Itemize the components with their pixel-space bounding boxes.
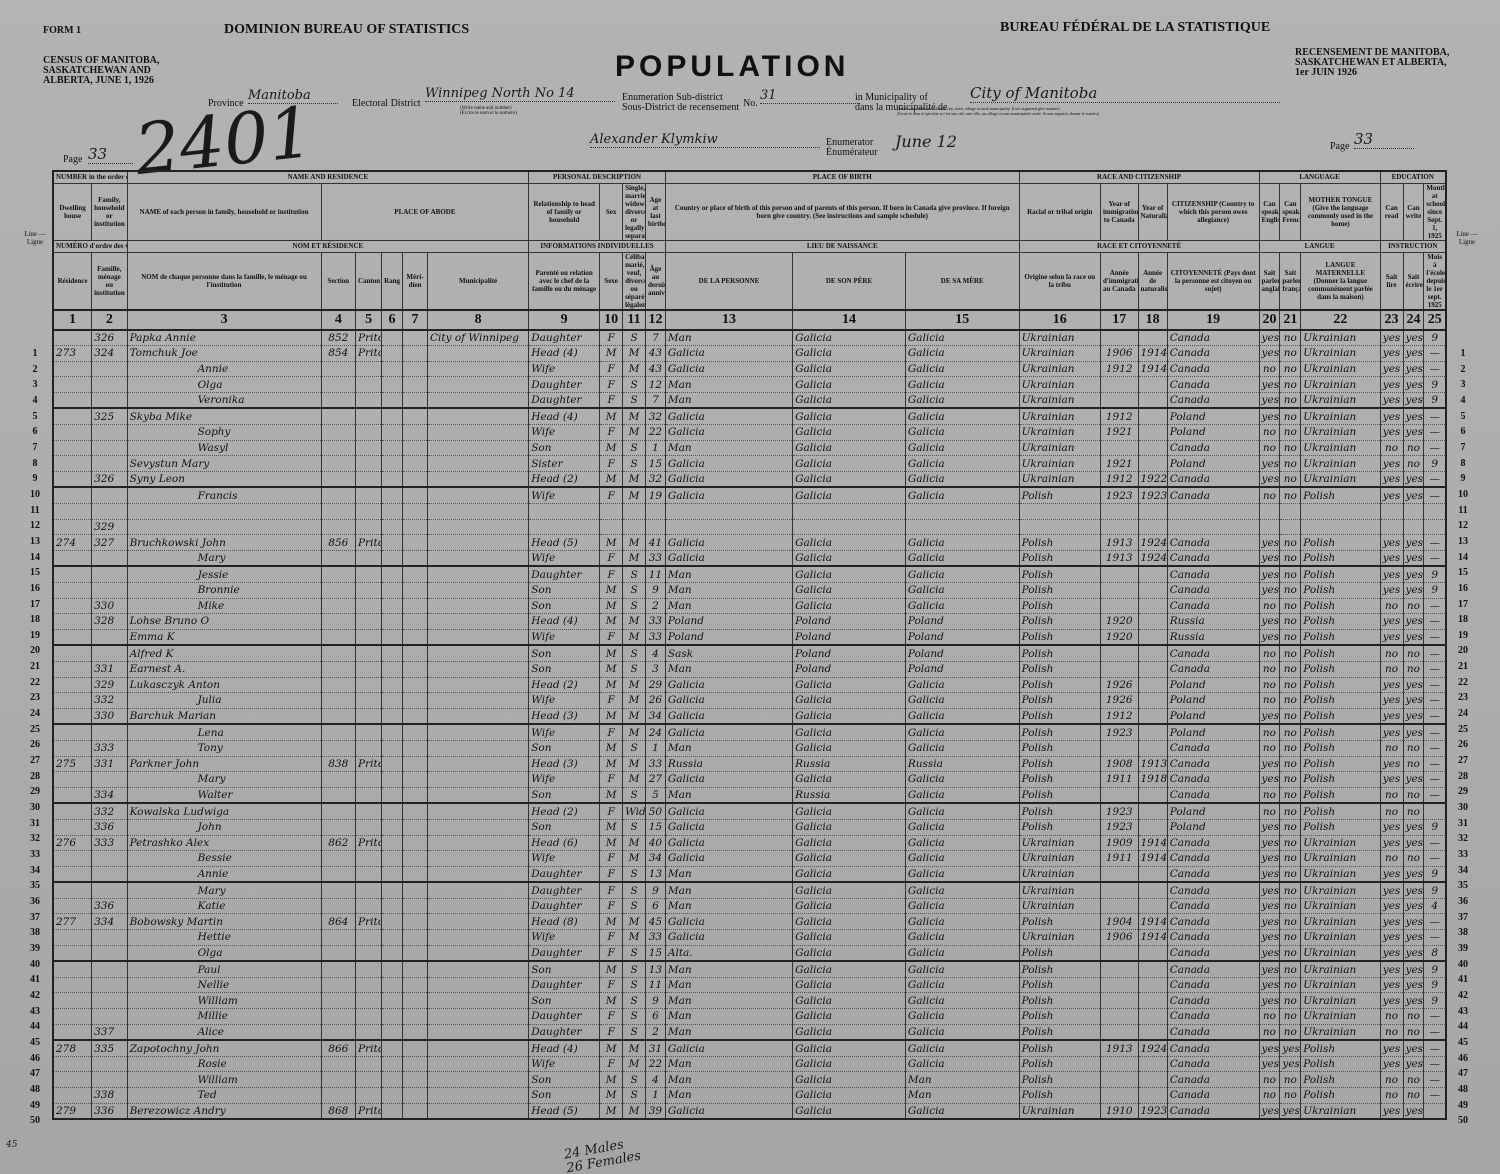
birthplace-person: Galicia [665,361,792,377]
mother-tongue: Ukrainian [1301,1024,1380,1040]
section-cell [321,408,355,424]
marital-status-cell: M [623,756,646,772]
sex-cell: M [600,835,623,851]
line-number: 12 [1448,518,1478,534]
speaks-english: no [1259,361,1280,377]
meridian-cell [402,1072,427,1088]
immigration-year: 1906 [1100,346,1138,362]
person-name: William [127,993,321,1009]
naturalization-year [1138,898,1167,914]
relationship-cell: Daughter [529,566,600,582]
speaks-english: yes [1259,1103,1280,1119]
birthplace-mother: Galicia [905,361,1019,377]
municipality-cell [428,1088,529,1104]
municipality-cell [428,993,529,1009]
mother-tongue [1301,519,1380,535]
can-write: yes [1403,693,1424,709]
family-number: 327 [92,535,127,551]
table-row: Emma KWifeFM33PolandPolandPolandPolish19… [53,629,1446,645]
racial-origin-cell: Polish [1019,724,1100,740]
marital-status-cell: M [623,677,646,693]
township-cell [356,866,382,882]
can-write [1403,504,1424,520]
age-cell: 1 [646,1088,666,1104]
meridian-cell [402,740,427,756]
municipality-cell [428,487,529,503]
meridian-cell [402,977,427,993]
section-cell [321,819,355,835]
sex-cell: M [600,993,623,1009]
birthplace-father: Poland [793,661,906,677]
birthplace-father: Galicia [793,1040,906,1056]
naturalization-year [1138,1088,1167,1104]
line-number: 5 [1448,409,1478,425]
birthplace-father: Galicia [793,819,906,835]
immigration-year [1100,1056,1138,1072]
col-header-fr: DE SON PÈRE [793,252,906,310]
birthplace-person: Galicia [665,772,792,788]
speaks-english: yes [1259,835,1280,851]
col-number: 16 [1019,310,1100,330]
subdistrict-label: Enumeration Sub-district Sous-District d… [622,93,739,113]
family-number [92,1009,127,1025]
can-read: no [1380,598,1403,614]
naturalization-year [1138,645,1167,661]
section-cell [321,945,355,961]
table-row: 332JuliaWifeFM26GaliciaGaliciaGaliciaPol… [53,693,1446,709]
citizenship-cell: Poland [1167,803,1259,819]
racial-origin-cell [1019,504,1100,520]
dwelling-number [53,661,92,677]
section-cell [321,392,355,408]
citizenship-cell: Canada [1167,993,1259,1009]
mother-tongue: Polish [1301,598,1380,614]
speaks-english: no [1259,1088,1280,1104]
line-number: 37 [20,910,50,926]
immigration-year: 1904 [1100,914,1138,930]
subdistrict-number-field[interactable]: 31 [760,88,860,104]
birthplace-mother: Galicia [905,977,1019,993]
birthplace-mother: Galicia [905,346,1019,362]
range-cell [382,740,403,756]
line-number: 4 [1448,393,1478,409]
citizenship-cell: Canada [1167,392,1259,408]
naturalization-year [1138,1072,1167,1088]
municipality-cell [428,803,529,819]
speaks-french: no [1280,1088,1301,1104]
naturalization-year [1138,629,1167,645]
can-read: yes [1380,361,1403,377]
school-months: 9 [1424,961,1446,977]
can-read: no [1380,740,1403,756]
municipality-cell [428,504,529,520]
birthplace-father: Galicia [793,898,906,914]
marital-status-cell: M [623,487,646,503]
marital-status-cell: S [623,1024,646,1040]
birthplace-person: Man [665,1009,792,1025]
meridian-cell [402,866,427,882]
col-header-fr: Année d'immigration au Canada [1100,252,1138,310]
relationship-cell: Son [529,993,600,1009]
margin-note: 45 [6,1140,17,1150]
mother-tongue: Polish [1301,535,1380,551]
group-language-fr: LANGUE [1259,240,1380,252]
census-page: FORM 1 DOMINION BUREAU OF STATISTICS BUR… [0,0,1500,1174]
relationship-cell: Wife [529,724,600,740]
speaks-french: no [1280,566,1301,582]
range-cell [382,440,403,456]
municipality-cell [428,819,529,835]
township-cell [356,930,382,946]
meridian-cell [402,330,427,346]
group-number: NUMBER in the order of visitation [53,171,127,183]
birthplace-mother: Galicia [905,803,1019,819]
sex-cell: M [600,961,623,977]
mother-tongue: Ukrainian [1301,882,1380,898]
birthplace-person: Galicia [665,914,792,930]
relationship-cell: Head (2) [529,677,600,693]
meridian-cell [402,425,427,441]
immigration-year [1100,1009,1138,1025]
range-cell [382,835,403,851]
person-name: Rosie [127,1056,321,1072]
municipality-cell [428,914,529,930]
racial-origin-cell: Polish [1019,645,1100,661]
school-months: — [1424,629,1446,645]
immigration-year: 1909 [1100,835,1138,851]
citizenship-cell: Poland [1167,708,1259,724]
age-cell: 27 [646,772,666,788]
range-cell [382,882,403,898]
table-row: 274327Bruchkowski John856Pritchard AveHe… [53,535,1446,551]
section-cell [321,898,355,914]
racial-origin-cell: Ukrainian [1019,1103,1100,1119]
electoral-district-hint: (Write name and number) (Écrire le nom e… [460,106,517,116]
can-write: yes [1403,408,1424,424]
col-header-en: CITIZENSHIP (Country to which this perso… [1167,183,1259,240]
can-write: yes [1403,614,1424,630]
racial-origin-cell: Polish [1019,772,1100,788]
township-cell [356,456,382,472]
immigration-year [1100,961,1138,977]
dwelling-number [53,977,92,993]
dwelling-number [53,614,92,630]
range-cell [382,614,403,630]
group-race-fr: RACE ET CITOYENNETÉ [1019,240,1259,252]
marital-status-cell: M [623,346,646,362]
relationship-cell: Wife [529,851,600,867]
municipality-cell [428,456,529,472]
marital-status-cell: S [623,1088,646,1104]
relationship-cell: Head (8) [529,914,600,930]
line-number: 18 [1448,612,1478,628]
relationship-cell: Son [529,583,600,599]
dwelling-number [53,456,92,472]
citizenship-cell: Canada [1167,1009,1259,1025]
can-write: no [1403,456,1424,472]
family-number: 325 [92,408,127,424]
mother-tongue: Polish [1301,645,1380,661]
column-numbers-row: 1 2 3 4 5 6 7 8 9 10 11 12 13 14 15 16 1… [53,310,1446,330]
can-read: yes [1380,677,1403,693]
line-number: 18 [20,612,50,628]
township-cell [356,661,382,677]
marital-status-cell: M [623,471,646,487]
birthplace-father: Galicia [793,803,906,819]
family-number: 326 [92,330,127,346]
municipality-field[interactable]: City of Manitoba [970,84,1280,103]
range-cell [382,535,403,551]
citizenship-cell: Canada [1167,346,1259,362]
col-header-fr: Âge au dernier anniversaire [646,252,666,310]
section-cell: 838 [321,756,355,772]
relationship-cell: Daughter [529,898,600,914]
speaks-french: no [1280,866,1301,882]
family-number: 336 [92,1103,127,1119]
person-name: William [127,1072,321,1088]
census-title-fr-line: 1er JUIN 1926 [1295,68,1449,78]
mother-tongue: Polish [1301,740,1380,756]
speaks-french: no [1280,803,1301,819]
speaks-french: yes [1280,1056,1301,1072]
immigration-year: 1913 [1100,550,1138,566]
can-write: no [1403,803,1424,819]
range-cell [382,471,403,487]
age-cell: 2 [646,598,666,614]
can-read: yes [1380,566,1403,582]
school-months: 9 [1424,866,1446,882]
col-number: 25 [1424,310,1446,330]
naturalization-year: 1923 [1138,487,1167,503]
dwelling-number [53,629,92,645]
person-name: Bessie [127,851,321,867]
meridian-cell [402,756,427,772]
line-number: 35 [20,878,50,894]
meridian-cell [402,408,427,424]
racial-origin-cell: Polish [1019,583,1100,599]
dwelling-number [53,583,92,599]
township-cell [356,425,382,441]
municipality-cell [428,1103,529,1119]
meridian-cell [402,566,427,582]
line-number: 16 [1448,581,1478,597]
township-cell [356,583,382,599]
line-number: 20 [20,643,50,659]
table-row: MaryWifeFM33GaliciaGaliciaGaliciaPolish1… [53,550,1446,566]
mother-tongue: Polish [1301,1088,1380,1104]
can-read: yes [1380,724,1403,740]
range-cell [382,1103,403,1119]
line-number: 28 [20,769,50,785]
immigration-year [1100,1088,1138,1104]
can-read: yes [1380,914,1403,930]
col-header-en: Can speak French [1280,183,1301,240]
birthplace-mother [905,504,1019,520]
immigration-year: 1920 [1100,629,1138,645]
col-header-fr: DE SA MÈRE [905,252,1019,310]
dwelling-number [53,392,92,408]
line-number: 36 [1448,894,1478,910]
municipality-cell [428,930,529,946]
mother-tongue: Polish [1301,693,1380,709]
census-rows: 326Papka Annie852PritchardCity of Winnip… [53,330,1446,1120]
relationship-cell: Wife [529,930,600,946]
age-cell [646,519,666,535]
enumerator-name-field[interactable]: Alexander Klymkiw [590,132,820,148]
racial-origin-cell: Polish [1019,535,1100,551]
naturalization-year: 1924 [1138,535,1167,551]
birthplace-person: Poland [665,629,792,645]
line-number: 39 [20,941,50,957]
person-name: Lohse Bruno O [127,614,321,630]
township-cell [356,392,382,408]
citizenship-cell: Canada [1167,977,1259,993]
line-number: 32 [1448,831,1478,847]
speaks-french: no [1280,392,1301,408]
speaks-french: no [1280,930,1301,946]
school-months: — [1424,487,1446,503]
naturalization-year [1138,1056,1167,1072]
municipality-cell [428,866,529,882]
person-name: Olga [127,945,321,961]
mother-tongue: Polish [1301,787,1380,803]
can-read: yes [1380,961,1403,977]
school-months: — [1424,914,1446,930]
township-cell [356,772,382,788]
township-cell [356,961,382,977]
racial-origin-cell: Ukrainian [1019,456,1100,472]
family-number [92,1056,127,1072]
meridian-cell [402,945,427,961]
mother-tongue: Polish [1301,583,1380,599]
section-cell [321,614,355,630]
racial-origin-cell: Polish [1019,1088,1100,1104]
age-cell: 11 [646,977,666,993]
can-read: no [1380,1024,1403,1040]
section-cell [321,583,355,599]
marital-status-cell: M [623,835,646,851]
speaks-english: no [1259,740,1280,756]
immigration-year: 1921 [1100,425,1138,441]
range-cell [382,772,403,788]
speaks-french: no [1280,361,1301,377]
relationship-cell: Head (3) [529,708,600,724]
speaks-english: yes [1259,882,1280,898]
col-number: 7 [402,310,427,330]
naturalization-year [1138,677,1167,693]
birthplace-father: Galicia [793,1072,906,1088]
table-row: 277334Bobowsky Martin864Pritchard AveHea… [53,914,1446,930]
speaks-english: yes [1259,756,1280,772]
dwelling-number [53,803,92,819]
line-number: 23 [1448,690,1478,706]
birthplace-mother: Galicia [905,945,1019,961]
relationship-cell: Daughter [529,945,600,961]
can-write: no [1403,1024,1424,1040]
line-number: 21 [1448,659,1478,675]
can-write: no [1403,440,1424,456]
immigration-year [1100,566,1138,582]
age-cell: 6 [646,898,666,914]
col-header-fr: Sait parler anglais [1259,252,1280,310]
dwelling-number: 273 [53,346,92,362]
school-months: — [1424,1040,1446,1056]
col-header-en: Months at school since Sept. 1, 1925 [1424,183,1446,240]
speaks-french: no [1280,787,1301,803]
municipality-cell [428,772,529,788]
immigration-year: 1923 [1100,819,1138,835]
municipality-cell [428,598,529,614]
speaks-english: no [1259,661,1280,677]
can-read: yes [1380,408,1403,424]
relationship-cell: Son [529,787,600,803]
family-number: 330 [92,598,127,614]
naturalization-year [1138,708,1167,724]
marital-status-cell: M [623,408,646,424]
meridian-cell [402,1088,427,1104]
col-header-fr: Origine selon la race ou la tribu [1019,252,1100,310]
municipality-cell [428,977,529,993]
township-cell: Pritchard [356,835,382,851]
school-months: — [1424,708,1446,724]
municipality-cell [428,361,529,377]
sex-cell [600,519,623,535]
speaks-french: no [1280,851,1301,867]
sex-cell: F [600,425,623,441]
col-header-en: Single, married, widowed, divorced or le… [623,183,646,240]
racial-origin-cell: Ukrainian [1019,835,1100,851]
age-cell: 33 [646,930,666,946]
meridian-cell [402,1024,427,1040]
table-row: 336KatieDaughterFS6ManGaliciaGaliciaUkra… [53,898,1446,914]
citizenship-cell: Canada [1167,787,1259,803]
range-cell [382,819,403,835]
electoral-district-field[interactable]: Winnipeg North No 14 [425,86,615,102]
township-cell [356,614,382,630]
family-number [92,583,127,599]
family-number [92,361,127,377]
immigration-year [1100,504,1138,520]
col-header-fr: DE LA PERSONNE [665,252,792,310]
can-write: yes [1403,882,1424,898]
speaks-french [1280,519,1301,535]
marital-status-cell: S [623,1009,646,1025]
can-read: yes [1380,392,1403,408]
person-name: John [127,819,321,835]
meridian-cell [402,456,427,472]
immigration-year: 1908 [1100,756,1138,772]
line-number: 30 [20,800,50,816]
range-cell [382,487,403,503]
birthplace-father: Russia [793,756,906,772]
immigration-year [1100,519,1138,535]
mother-tongue: Ukrainian [1301,945,1380,961]
marital-status-cell: M [623,361,646,377]
birthplace-father: Galicia [793,724,906,740]
table-row: RosieWifeFM22ManGaliciaGaliciaPolishCana… [53,1056,1446,1072]
can-read: yes [1380,550,1403,566]
meridian-cell [402,898,427,914]
marital-status-cell: S [623,882,646,898]
school-months: — [1424,550,1446,566]
immigration-year [1100,661,1138,677]
immigration-year: 1926 [1100,693,1138,709]
section-cell [321,661,355,677]
marital-status-cell: M [623,708,646,724]
can-write: yes [1403,772,1424,788]
sex-cell: F [600,851,623,867]
birthplace-mother: Poland [905,629,1019,645]
